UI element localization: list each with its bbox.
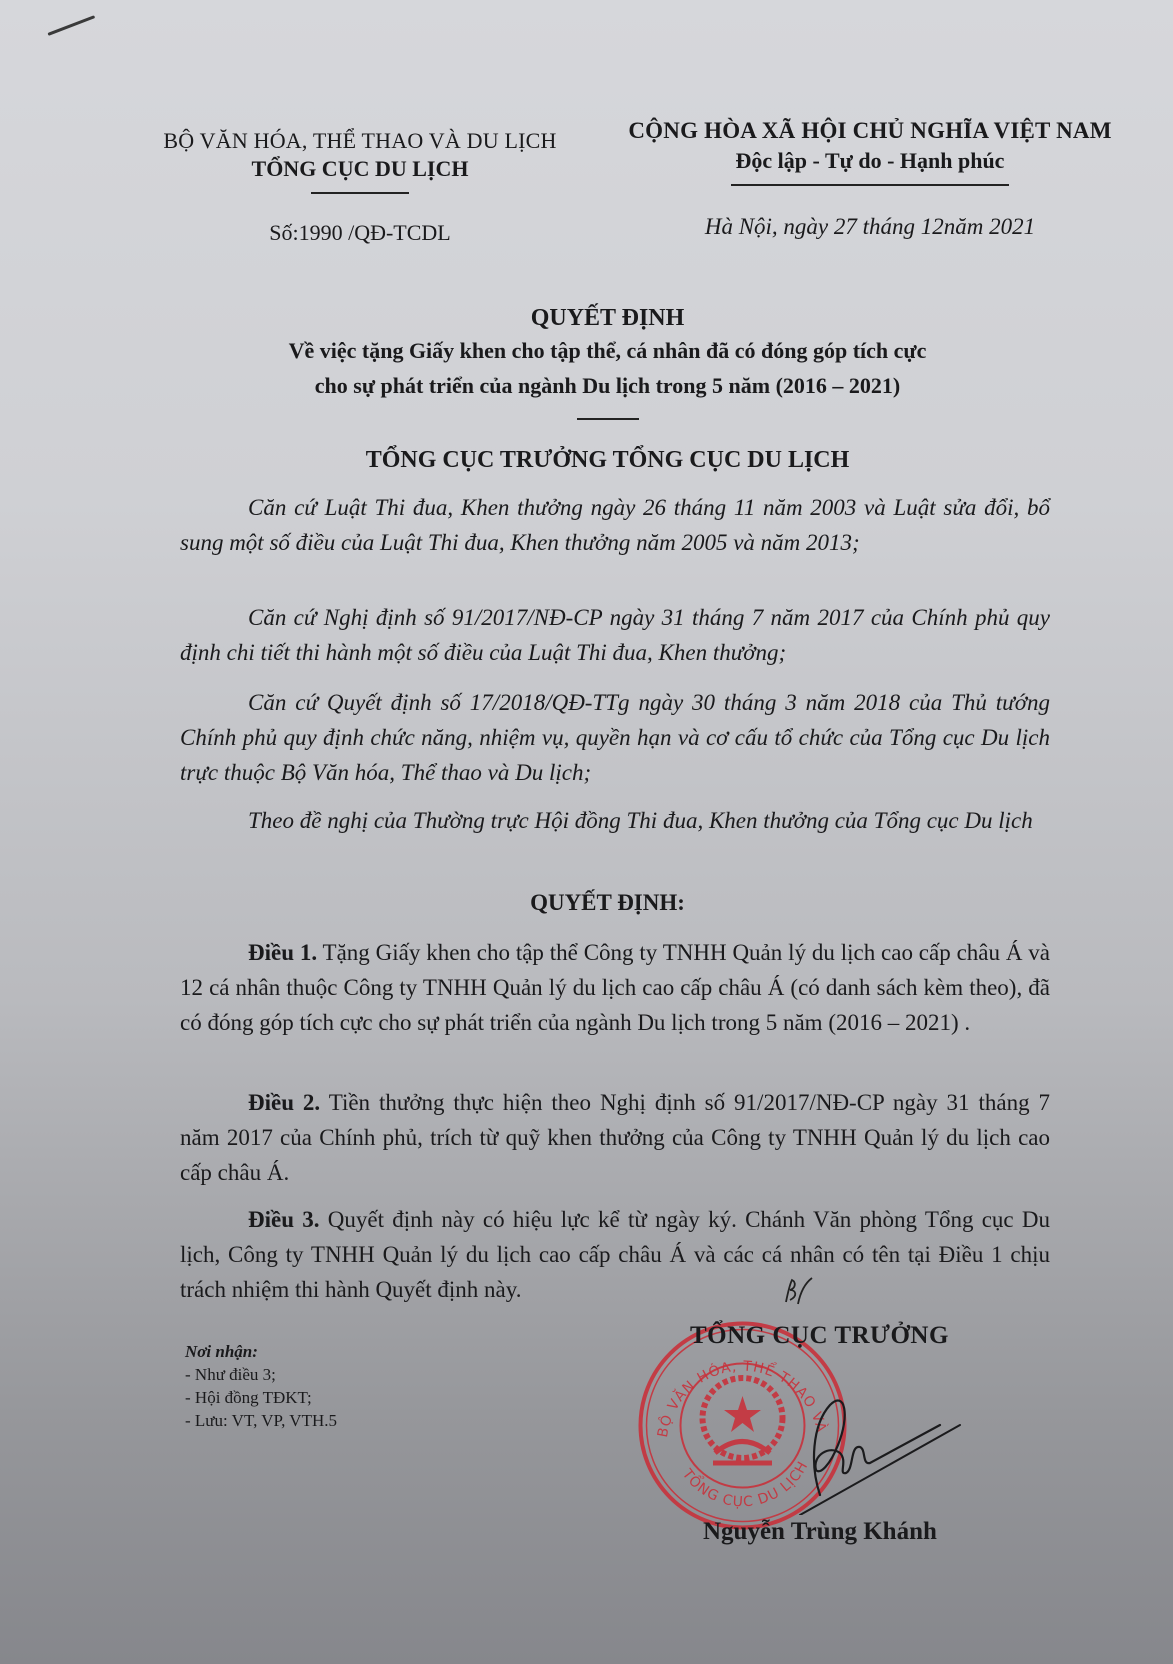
article-1-label: Điều 1. <box>248 940 317 965</box>
initial-mark <box>782 1276 818 1306</box>
ministry-name: BỘ VĂN HÓA, THỂ THAO VÀ DU LỊCH <box>130 128 590 154</box>
article-2-label: Điều 2. <box>248 1090 320 1115</box>
divider <box>311 192 409 194</box>
title-subject-line-2: cho sự phát triển của ngành Du lịch tron… <box>150 369 1065 402</box>
legal-basis-2: Căn cứ Nghị định số 91/2017/NĐ-CP ngày 3… <box>180 600 1050 670</box>
title-subject-line-1: Về việc tặng Giấy khen cho tập thể, cá n… <box>150 334 1065 367</box>
divider <box>577 418 639 420</box>
divider <box>731 184 1009 186</box>
decision-heading: QUYẾT ĐỊNH: <box>150 890 1065 916</box>
number-label: Số: <box>269 220 298 245</box>
document-title: QUYẾT ĐỊNH Về việc tặng Giấy khen cho tậ… <box>150 305 1065 420</box>
national-header: CỘNG HÒA XÃ HỘI CHỦ NGHĨA VIỆT NAM Độc l… <box>600 118 1140 240</box>
legal-basis-1: Căn cứ Luật Thi đua, Khen thưởng ngày 26… <box>180 490 1050 560</box>
recipient-item: - Lưu: VT, VP, VTH.5 <box>185 1409 337 1432</box>
national-motto: Độc lập - Tự do - Hạnh phúc <box>600 148 1140 174</box>
legal-basis-3: Căn cứ Quyết định số 17/2018/QĐ-TTg ngày… <box>180 685 1050 790</box>
article-3-label: Điều 3. <box>248 1207 320 1232</box>
handwritten-signature <box>790 1375 990 1515</box>
issuing-authority: TỔNG CỤC TRƯỞNG TỔNG CỤC DU LỊCH <box>150 447 1065 474</box>
country-name: CỘNG HÒA XÃ HỘI CHỦ NGHĨA VIỆT NAM <box>600 118 1140 144</box>
document-number: Số:1990 /QĐ-TCDL <box>130 220 590 246</box>
article-2: Điều 2. Tiền thưởng thực hiện theo Nghị … <box>180 1085 1050 1190</box>
signer-name: Nguyễn Trùng Khánh <box>703 1518 937 1546</box>
recipient-item: - Hội đồng TĐKT; <box>185 1386 337 1409</box>
recipients-title: Nơi nhận: <box>185 1340 337 1363</box>
recipient-item: - Như điều 3; <box>185 1363 337 1386</box>
number-value: 1990 /QĐ-TCDL <box>299 220 451 245</box>
issuing-agency-header: BỘ VĂN HÓA, THỂ THAO VÀ DU LỊCH TỔNG CỤC… <box>130 128 590 246</box>
department-name: TỔNG CỤC DU LỊCH <box>130 156 590 182</box>
title-heading: QUYẾT ĐỊNH <box>150 305 1065 332</box>
document-date: Hà Nội, ngày 27 tháng 12năm 2021 <box>600 214 1140 240</box>
legal-basis-4: Theo đề nghị của Thường trực Hội đồng Th… <box>180 803 1050 838</box>
article-3: Điều 3. Quyết định này có hiệu lực kể từ… <box>180 1202 1050 1307</box>
pen-mark <box>47 15 95 36</box>
signatory-title: TỔNG CỤC TRƯỞNG <box>690 1322 949 1350</box>
recipients-block: Nơi nhận: - Như điều 3; - Hội đồng TĐKT;… <box>185 1340 337 1432</box>
article-1: Điều 1. Tặng Giấy khen cho tập thể Công … <box>180 935 1050 1040</box>
